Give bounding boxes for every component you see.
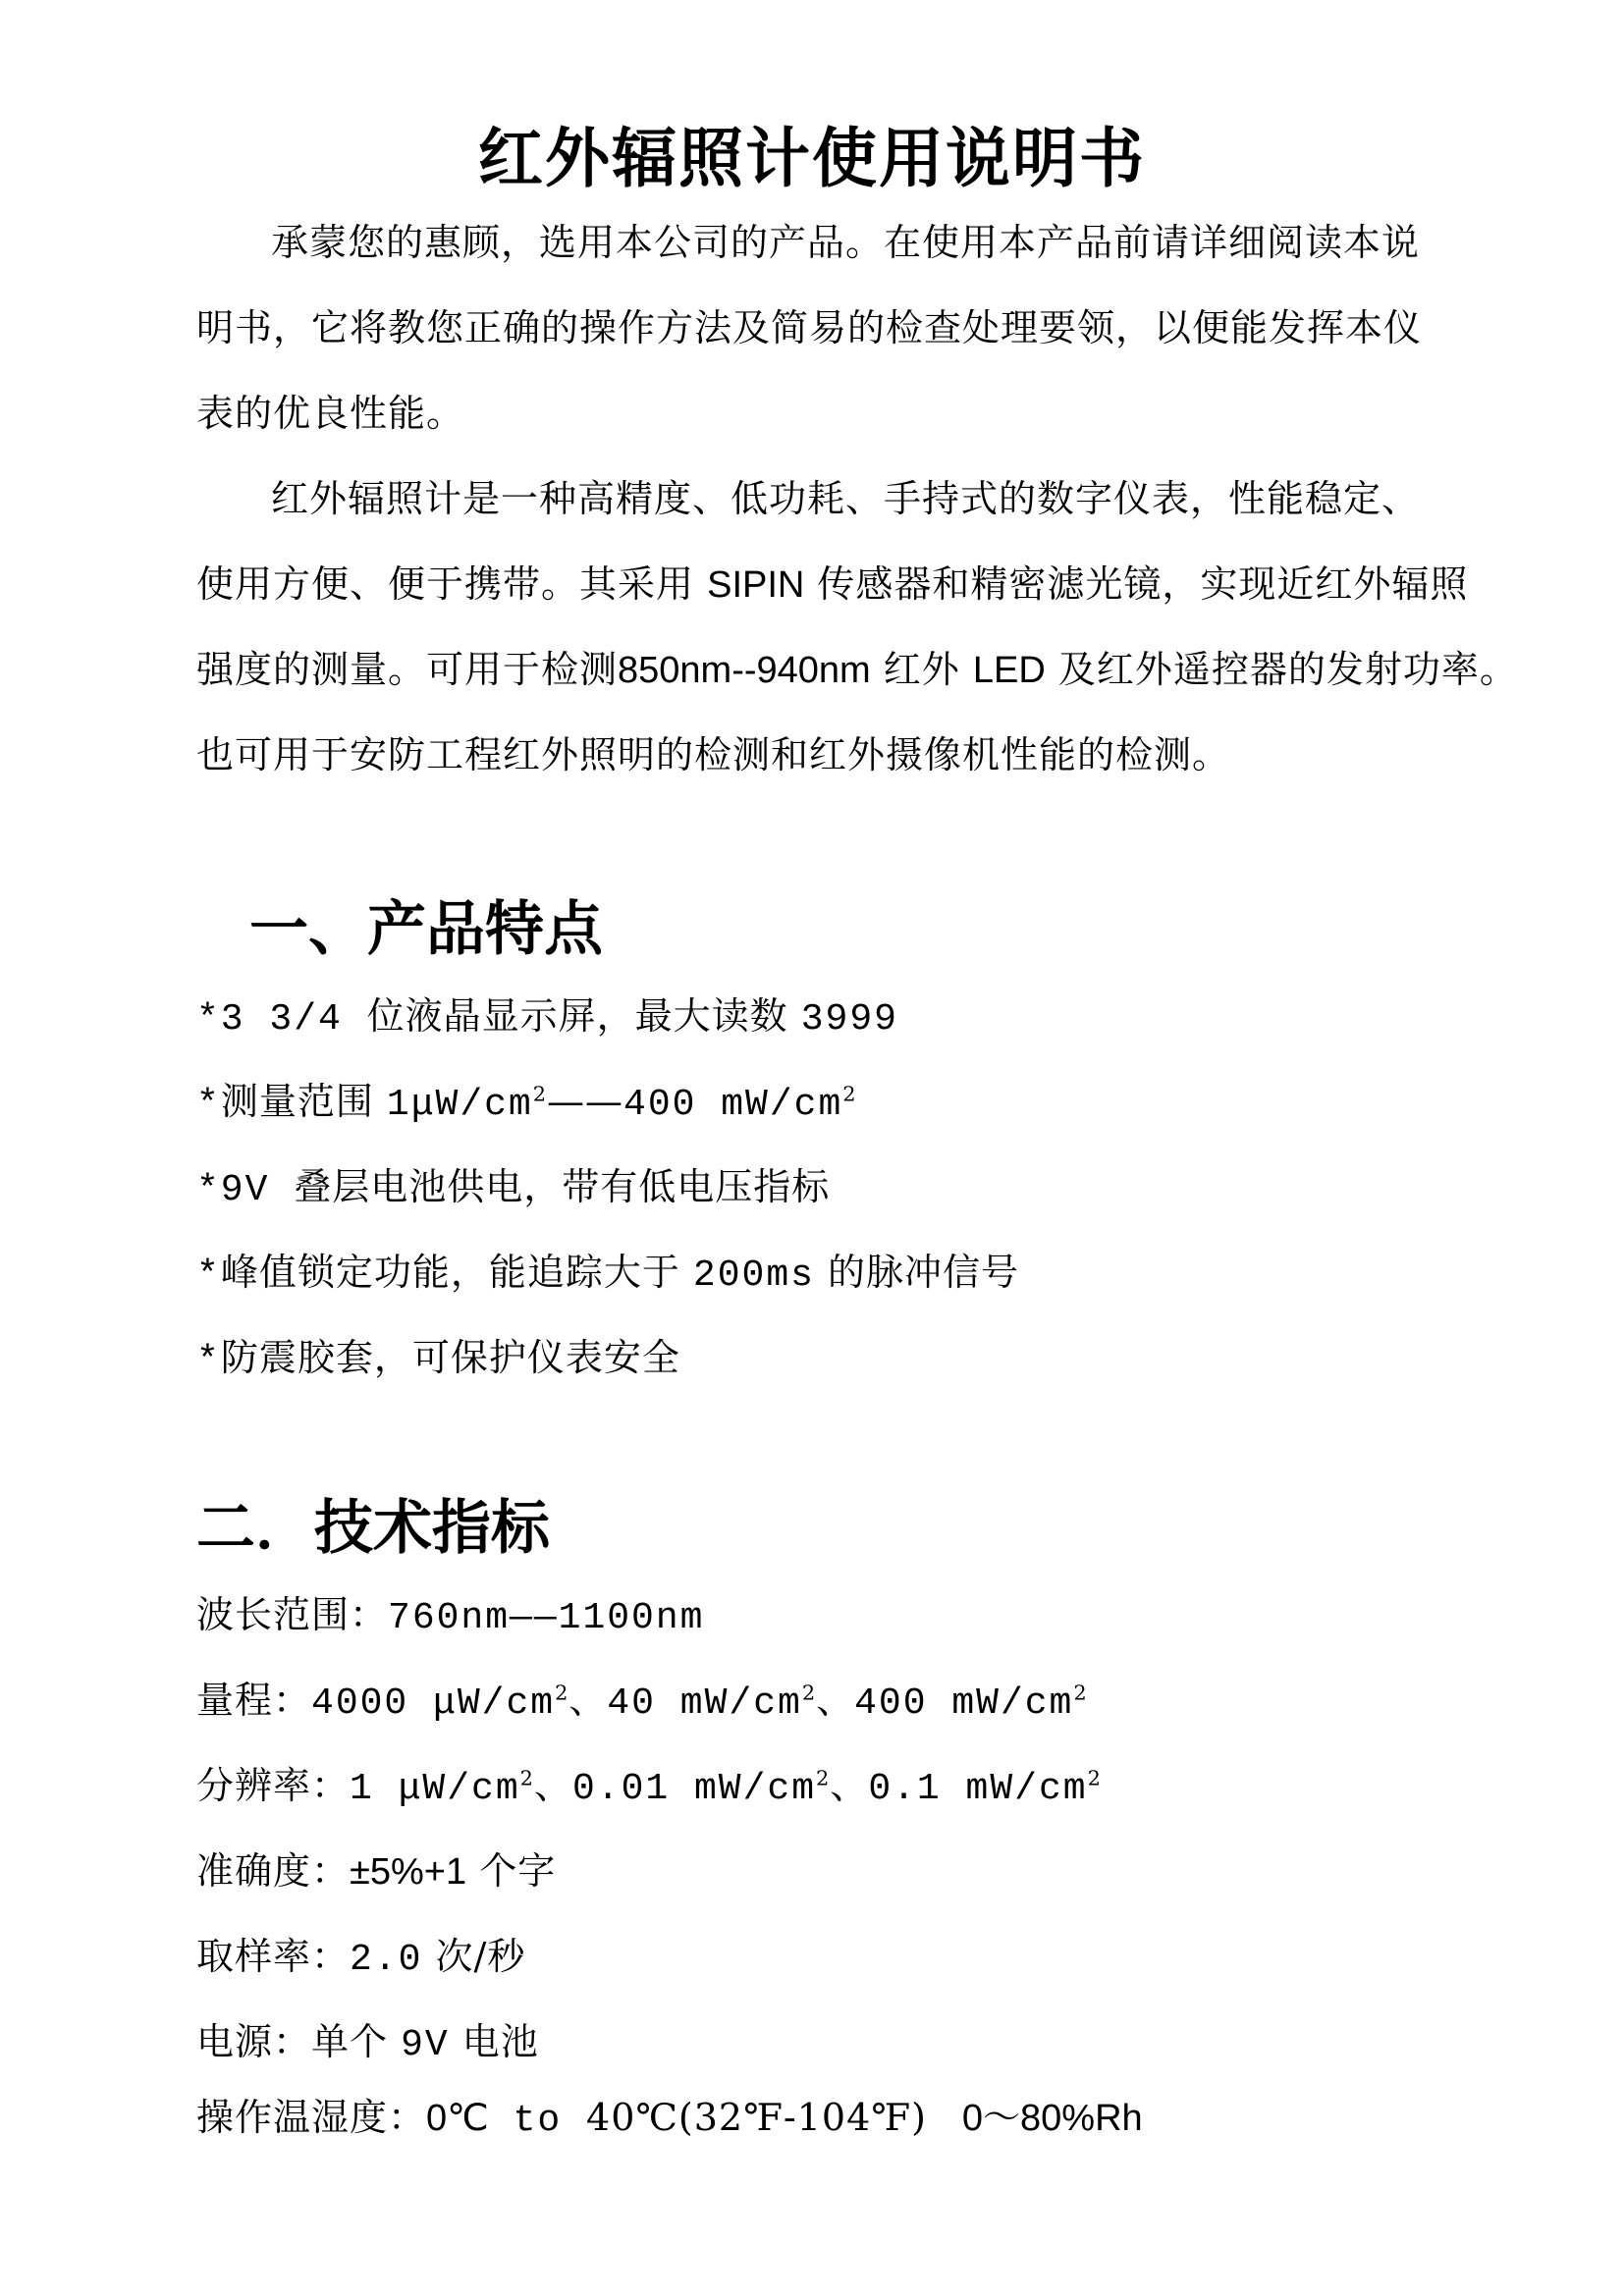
intro-p2-line2: 使用方便、便于携带。其采用 SIPIN 传感器和精密滤光镜，实现近红外辐照 bbox=[196, 560, 1468, 610]
dash: —— bbox=[547, 1080, 623, 1123]
document-title: 红外辐照计使用说明书 bbox=[0, 120, 1624, 198]
text: 电池 bbox=[450, 2020, 539, 2063]
feature-item-3: *9V 叠层电池供电，带有低电压指标 bbox=[196, 1162, 830, 1215]
spec-resolution: 分辨率：1 μW/cm2、0.01 mW/cm2、0.1 mW/cm2 bbox=[196, 1761, 1102, 1814]
spec-value: 0.1 mW/cm bbox=[868, 1768, 1087, 1810]
superscript: 2 bbox=[1088, 1766, 1102, 1789]
text: 测量范围 bbox=[221, 1080, 387, 1123]
intro-p2-line3: 强度的测量。可用于检测850nm--940nm 红外 LED 及红外遥控器的发射… bbox=[196, 645, 1518, 695]
spec-label: 分辨率： bbox=[196, 1764, 350, 1807]
intro-p2-line1: 红外辐照计是一种高精度、低功耗、手持式的数字仪表，性能稳定、 bbox=[271, 474, 1420, 523]
spec-value: 0.01 mW/cm bbox=[572, 1768, 816, 1810]
spec-suffix: 次/秒 bbox=[422, 1935, 525, 1978]
section1-heading: 一、产品特点 bbox=[249, 895, 603, 964]
separator: 、 bbox=[816, 1679, 854, 1722]
text: 叠层电池供电，带有低电压指标 bbox=[294, 1165, 830, 1208]
spec-value: 9V bbox=[401, 2024, 450, 2066]
superscript: 2 bbox=[520, 1766, 534, 1789]
spec-value: 760nm——1100nm bbox=[388, 1597, 704, 1639]
intro-p1-line2: 明书，它将教您正确的操作方法及简易的检查处理要领，以便能发挥本仪 bbox=[196, 303, 1422, 352]
to-word: to bbox=[489, 2100, 586, 2142]
spec-label: 量程： bbox=[196, 1679, 311, 1722]
separator: 、 bbox=[568, 1679, 607, 1722]
spec-value: 4000 μW/cm bbox=[311, 1682, 555, 1725]
spec-value: 40 mW/cm bbox=[607, 1682, 801, 1725]
value-min: 1μW/cm bbox=[387, 1084, 533, 1126]
spec-range: 量程：4000 μW/cm2、40 mW/cm2、400 mW/cm2 bbox=[196, 1676, 1088, 1729]
spec-operating: 操作温湿度：0℃ to 40℃(32℉-104℉)0～80%Rh bbox=[196, 2093, 1143, 2146]
feature-item-2: *测量范围 1μW/cm2——400 mW/cm2 bbox=[196, 1077, 857, 1130]
bullet-prefix: *3 3/4 bbox=[196, 998, 367, 1041]
spec-wavelength: 波长范围：760nm——1100nm bbox=[196, 1590, 704, 1643]
text: 防震胶套，可保护仪表安全 bbox=[221, 1336, 680, 1379]
superscript: 2 bbox=[555, 1681, 568, 1704]
temp-fahrenheit: (32℉-104℉) bbox=[678, 2096, 927, 2139]
bullet-prefix: * bbox=[196, 1084, 221, 1126]
separator: 、 bbox=[830, 1764, 868, 1807]
spec-sampling: 取样率：2.0 次/秒 bbox=[196, 1932, 525, 1985]
intro-p2-line4: 也可用于安防工程红外照明的检测和红外摄像机性能的检测。 bbox=[196, 730, 1230, 779]
bullet-prefix: *9V bbox=[196, 1169, 294, 1211]
bullet-prefix: * bbox=[196, 1340, 221, 1382]
superscript: 2 bbox=[842, 1082, 856, 1105]
spec-label: 准确度： bbox=[196, 1849, 350, 1893]
spec-label: 波长范围： bbox=[196, 1593, 388, 1636]
intro-p1-line1: 承蒙您的惠顾，选用本公司的产品。在使用本产品前请详细阅读本说 bbox=[271, 218, 1420, 267]
text: 强度的测量。可用于检测 bbox=[196, 648, 618, 691]
text: 传感器和精密滤光镜，实现近红外辐照 bbox=[804, 562, 1468, 606]
superscript: 2 bbox=[1073, 1681, 1087, 1704]
wavelength-range: 850nm--940nm bbox=[618, 650, 871, 691]
text: 峰值锁定功能，能追踪大于 bbox=[221, 1251, 693, 1294]
text: 红外 bbox=[871, 648, 973, 691]
text: 使用方便、便于携带。其采用 bbox=[196, 562, 707, 606]
spec-value: 400 mW/cm bbox=[854, 1682, 1073, 1725]
text: 的脉冲信号 bbox=[815, 1251, 1019, 1294]
separator: 、 bbox=[534, 1764, 572, 1807]
superscript: 2 bbox=[816, 1766, 830, 1789]
spec-suffix: 个字 bbox=[466, 1849, 556, 1893]
text: 单个 bbox=[311, 2020, 401, 2063]
spec-label: 电源： bbox=[196, 2020, 311, 2063]
humidity-range: 0～80%Rh bbox=[962, 2098, 1143, 2139]
value-max: 400 mW/cm bbox=[623, 1084, 842, 1126]
spec-value: 1 μW/cm bbox=[350, 1768, 520, 1810]
section2-heading: 二．技术指标 bbox=[196, 1494, 550, 1563]
value: 200ms bbox=[693, 1255, 815, 1297]
text: 及红外遥控器的发射功率。 bbox=[1046, 648, 1518, 691]
led-label: LED bbox=[973, 650, 1046, 691]
document-page: 红外辐照计使用说明书 承蒙您的惠顾，选用本公司的产品。在使用本产品前请详细阅读本… bbox=[0, 0, 1624, 2296]
sensor-name: SIPIN bbox=[707, 564, 804, 606]
bullet-prefix: * bbox=[196, 1255, 221, 1297]
text: 位液晶显示屏，最大读数 bbox=[367, 994, 801, 1038]
value: 3999 bbox=[801, 998, 898, 1041]
spec-value: 2.0 bbox=[350, 1939, 422, 1981]
feature-item-1: *3 3/4 位液晶显示屏，最大读数 3999 bbox=[196, 991, 898, 1044]
superscript: 2 bbox=[802, 1681, 816, 1704]
spec-label: 操作温湿度： bbox=[196, 2096, 426, 2139]
spec-value: ±5%+1 bbox=[350, 1851, 466, 1893]
feature-item-4: *峰值锁定功能，能追踪大于 200ms 的脉冲信号 bbox=[196, 1248, 1019, 1301]
spec-power: 电源：单个 9V 电池 bbox=[196, 2017, 539, 2070]
superscript: 2 bbox=[533, 1082, 547, 1105]
feature-item-5: *防震胶套，可保护仪表安全 bbox=[196, 1333, 680, 1386]
spec-accuracy: 准确度：±5%+1 个字 bbox=[196, 1846, 556, 1896]
temp-max: 40℃ bbox=[586, 2096, 678, 2139]
intro-p1-line3: 表的优良性能。 bbox=[196, 389, 464, 438]
temp-min: 0℃ bbox=[426, 2098, 489, 2139]
spec-label: 取样率： bbox=[196, 1935, 350, 1978]
